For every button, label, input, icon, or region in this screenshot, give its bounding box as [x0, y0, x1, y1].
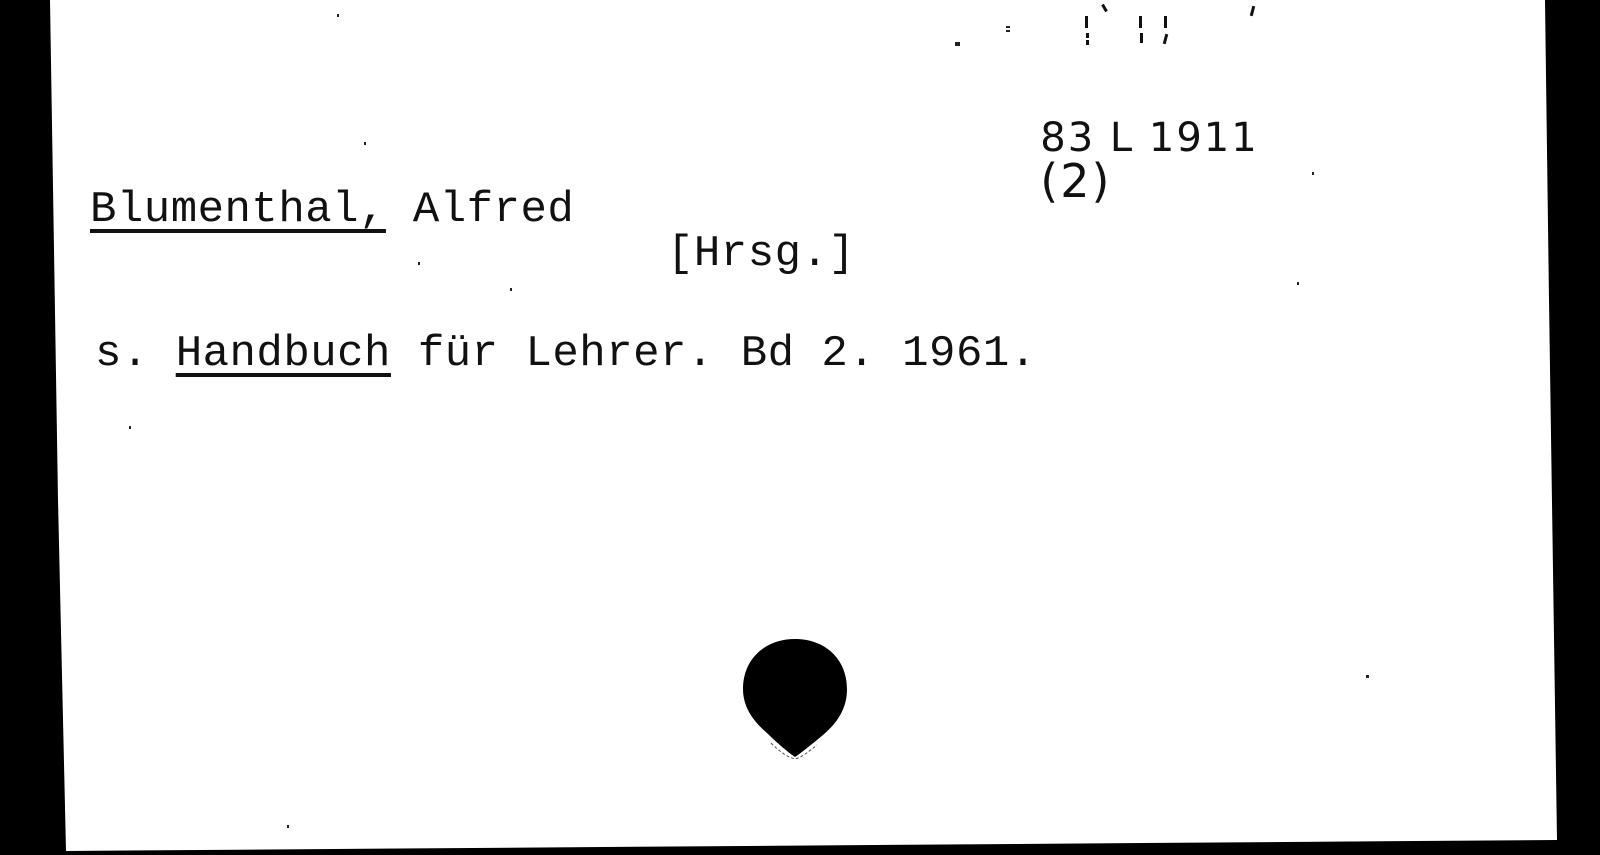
speck	[1366, 675, 1369, 678]
author-forename: Alfred	[413, 185, 574, 235]
see-reference: s. Handbuch für Lehrer. Bd 2. 1961.	[95, 332, 1037, 376]
author-heading: Blumenthal, Alfred	[90, 188, 574, 232]
speck	[337, 14, 339, 17]
speck	[129, 426, 131, 429]
speck	[287, 825, 289, 828]
scan-frame: 83 L 1911 (2) Blumenthal, Alfred [Hrsg.]…	[0, 0, 1600, 855]
speck	[418, 262, 420, 265]
speck	[1006, 26, 1010, 28]
speck	[364, 142, 366, 145]
author-role: [Hrsg.]	[667, 232, 855, 276]
speck	[1312, 172, 1314, 175]
catalog-card: 83 L 1911 (2) Blumenthal, Alfred [Hrsg.]…	[0, 0, 1600, 855]
author-surname: Blumenthal,	[90, 185, 386, 235]
call-number-volume: (2)	[1040, 154, 1111, 208]
speck	[1006, 30, 1010, 32]
reference-rest: für Lehrer. Bd 2. 1961.	[418, 329, 1037, 379]
punch-hole	[741, 637, 849, 762]
stamp-residue	[1085, 2, 1265, 47]
reference-title-keyword: Handbuch	[176, 329, 391, 379]
see-prefix: s.	[95, 329, 149, 379]
speck	[955, 42, 960, 46]
speck	[510, 288, 512, 291]
speck	[1297, 282, 1299, 285]
call-number: 83 L 1911 (2)	[952, 78, 1259, 244]
